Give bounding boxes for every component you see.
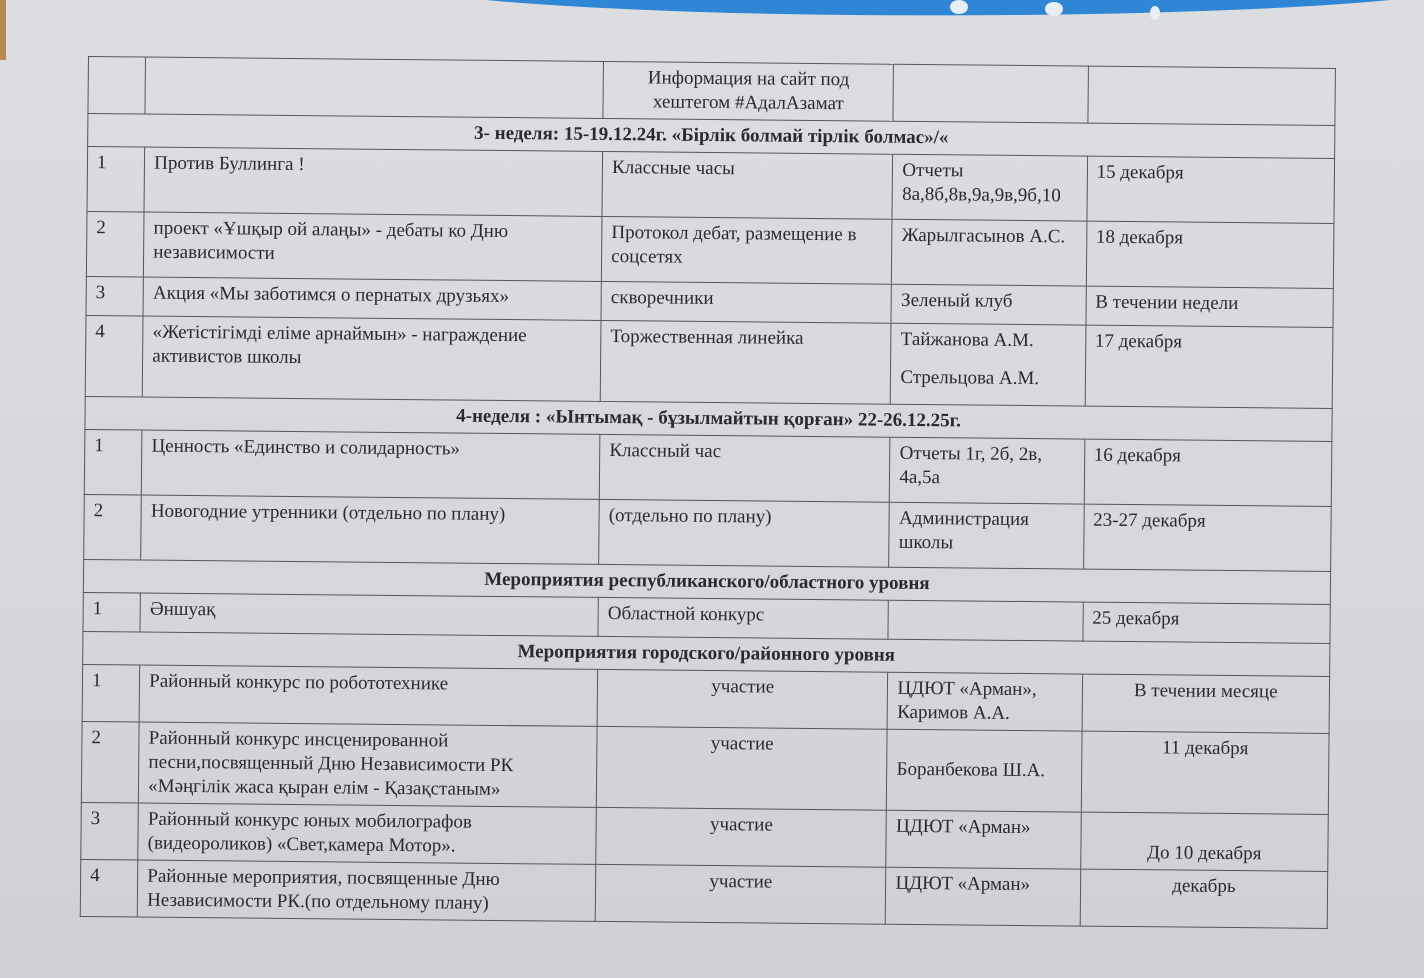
event-name: Ценность «Единство и солидарность»	[142, 430, 601, 499]
event-form: (отдельно по плану)	[599, 499, 890, 567]
event-form: участие	[597, 669, 888, 729]
event-date: 17 декабря	[1085, 325, 1333, 408]
table-row: 4 «Жетістігімді еліме арнаймын» - награж…	[85, 315, 1333, 408]
responsible: Жарылгасынов А.С.	[892, 219, 1087, 286]
row-number: 1	[82, 664, 140, 722]
row-number: 3	[81, 802, 139, 860]
event-name: Районный конкурс по робототехнике	[139, 665, 597, 726]
event-date: 18 декабря	[1086, 221, 1334, 288]
event-form: Классный час	[599, 434, 890, 502]
responsible: Администрация школы	[889, 502, 1084, 569]
cell-event	[145, 57, 603, 118]
event-name: Районный конкурс инсценированной песни,п…	[139, 722, 598, 807]
cell-date	[1088, 66, 1336, 125]
row-number: 4	[85, 315, 143, 397]
event-name: Новогодние утренники (отдельно по плану)	[141, 495, 600, 564]
responsible: Зеленый клуб	[891, 284, 1086, 325]
row-number: 2	[86, 211, 144, 277]
responsible: ЦДЮТ «Арман», Каримов А.А.	[887, 672, 1082, 731]
row-number: 2	[81, 721, 139, 803]
event-form: участие	[596, 726, 887, 810]
event-form: Областной конкурс	[598, 597, 889, 639]
event-date: В течении месяце	[1082, 674, 1330, 733]
table-row: 2 проект «Ұшқыр ой алаңы» - дебаты ко Дн…	[86, 211, 1334, 288]
row-number: 1	[83, 592, 141, 632]
responsible: ЦДЮТ «Арман»	[886, 810, 1081, 869]
table-row: 1 Ценность «Единство и солидарность» Кла…	[84, 429, 1332, 506]
event-date: 23-27 декабря	[1083, 504, 1331, 571]
wood-edge	[0, 0, 6, 60]
event-date: В течении недели	[1086, 286, 1334, 327]
event-name: Против Буллинга !	[144, 147, 603, 216]
event-form: Протокол дебат, размещение в соцсетях	[602, 216, 893, 284]
responsible: Боранбекова Ш.А.	[887, 729, 1082, 812]
plan-document: Информация на сайт под хештегом #АдалАза…	[80, 56, 1336, 929]
responsible	[888, 600, 1083, 641]
responsible-name: Стрельцова А.М.	[900, 366, 1075, 392]
event-form: Классные часы	[602, 151, 893, 219]
banner-dot	[950, 0, 968, 14]
event-name: Районные мероприятия, посвященные Дню Не…	[137, 860, 595, 921]
event-date: 25 декабря	[1083, 602, 1331, 643]
event-date: 16 декабря	[1084, 439, 1332, 506]
row-number: 3	[86, 276, 144, 316]
responsible: Тайжанова А.М. Стрельцова А.М.	[891, 323, 1086, 406]
row-number: 1	[87, 147, 145, 213]
event-name: Акция «Мы заботимся о пернатых друзьях»	[143, 277, 601, 320]
responsible: Отчеты 1г, 2б, 2в, 4а,5а	[890, 437, 1085, 504]
cell-form: Информация на сайт под хештегом #АдалАза…	[603, 61, 894, 121]
row-number: 2	[84, 494, 142, 560]
event-name: Әншуақ	[140, 593, 598, 636]
event-date: 11 декабря	[1081, 731, 1329, 814]
event-name: Районный конкурс юных мобилографов (виде…	[138, 803, 596, 864]
event-date: декабрь	[1080, 869, 1328, 928]
blue-banner-edge	[400, 0, 1424, 22]
table-row: 2 Новогодние утренники (отдельно по план…	[84, 494, 1332, 571]
event-plan-table: Информация на сайт под хештегом #АдалАза…	[80, 56, 1336, 929]
row-number: 4	[80, 859, 138, 917]
event-form: участие	[596, 807, 887, 867]
event-form: скворечники	[601, 281, 892, 323]
responsible: ЦДЮТ «Арман»	[886, 867, 1081, 926]
event-date: 15 декабря	[1087, 156, 1335, 223]
row-number: 1	[84, 429, 142, 495]
event-name: проект «Ұшқыр ой алаңы» - дебаты ко Дню …	[144, 212, 603, 281]
cell-num	[88, 57, 146, 115]
cell-responsible	[893, 64, 1088, 123]
responsible: Отчеты 8а,8б,8в,9а,9в,9б,10	[892, 154, 1087, 221]
banner-dot	[1150, 6, 1160, 20]
event-form: Торжественная линейка	[600, 320, 891, 404]
event-form: участие	[595, 864, 886, 924]
event-date: До 10 декабря	[1080, 812, 1328, 871]
table-row: 4 Районные мероприятия, посвященные Дню …	[80, 859, 1327, 928]
event-name: «Жетістігімді еліме арнаймын» - награжде…	[142, 316, 601, 401]
table-row: 1 Против Буллинга ! Классные часы Отчеты…	[87, 147, 1335, 224]
table-row: 2 Районный конкурс инсценированной песни…	[81, 721, 1329, 814]
responsible-name: Тайжанова А.М.	[901, 329, 1034, 351]
banner-dot	[1045, 2, 1063, 16]
